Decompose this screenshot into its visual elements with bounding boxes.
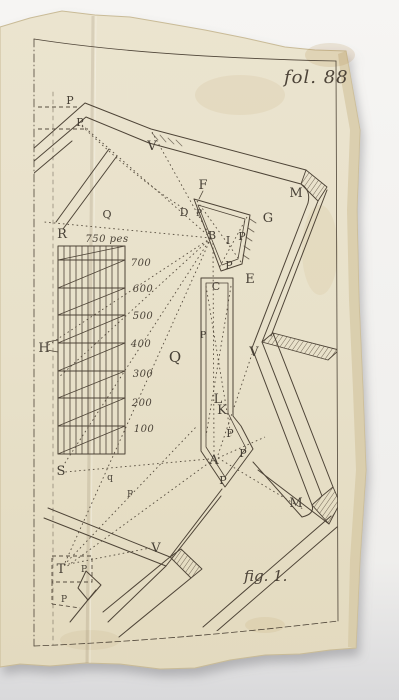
plan-label-F: F: [198, 178, 207, 193]
plan-label-P: P: [219, 474, 227, 487]
plan-label-K: K: [217, 403, 227, 418]
plan-label-D: D: [180, 206, 189, 219]
plan-label-P: P: [226, 427, 234, 440]
plan-label-Q: Q: [169, 348, 181, 366]
plan-label-P: P: [200, 331, 206, 341]
plan-label-400: 400: [130, 339, 152, 350]
plan-label-P: P: [239, 447, 247, 460]
figure-caption: fig. 1.: [243, 567, 287, 585]
stain: [195, 75, 285, 115]
plan-label-200: 200: [131, 398, 153, 409]
plan-label-P: P: [238, 230, 246, 243]
plan-label-P: P: [196, 209, 202, 219]
plan-label-R: R: [57, 227, 68, 242]
plan-label-100: 100: [134, 424, 155, 435]
plan-label-C: C: [212, 280, 220, 293]
plan-label-V: V: [150, 541, 161, 556]
plan-label-S: S: [57, 464, 66, 479]
plan-label-E: E: [245, 272, 255, 287]
plan-label-P: P: [66, 94, 74, 107]
plan-label-P: P: [225, 259, 233, 272]
plan-label-I: I: [226, 234, 230, 247]
plan-label-P: P: [76, 116, 84, 129]
plan-label-500: 500: [133, 311, 154, 322]
plan-label-G: G: [263, 211, 273, 226]
plan-label-A: A: [208, 453, 219, 468]
plan-label-T: T: [57, 562, 66, 577]
plan-label-700: 700: [131, 258, 152, 269]
folio-number: fol. 88: [282, 67, 349, 88]
plan-label-300: 300: [133, 369, 154, 380]
plan-label-P: P: [127, 490, 133, 500]
plan-label-H: H: [38, 341, 49, 356]
plan-label-Q: Q: [102, 208, 111, 221]
plan-label-V: V: [146, 139, 157, 154]
stain: [305, 43, 355, 67]
plan-label-V: V: [248, 345, 259, 360]
engraved-plate-scan: PPVQFDPBIPGMPECR750 pes70060050040030020…: [0, 0, 399, 700]
book-photo: PPVQFDPBIPGMPECR750 pes70060050040030020…: [0, 0, 399, 700]
plan-label-P: P: [61, 595, 67, 605]
plan-label-M: M: [289, 186, 302, 201]
plan-label-750-pes: 750 pes: [85, 234, 128, 245]
stain: [302, 205, 338, 295]
plan-label-q: q: [107, 473, 113, 483]
plan-label-600: 600: [133, 284, 154, 295]
plan-label-P: P: [81, 565, 87, 575]
plan-label-M: M: [289, 496, 302, 511]
plan-label-B: B: [208, 229, 216, 242]
